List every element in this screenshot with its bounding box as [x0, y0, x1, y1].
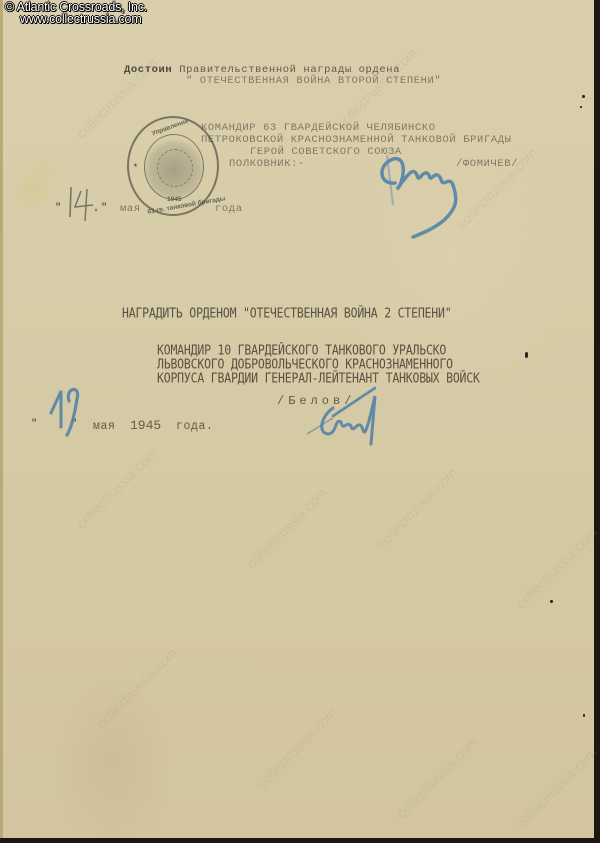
first-date-year-suffix: года	[215, 203, 243, 215]
watermark-text: collectrussia.com	[393, 734, 480, 821]
watermark-text: collectrussia.com	[513, 524, 600, 611]
document-page: collectrussia.com collectrussia.com coll…	[0, 0, 594, 838]
watermark-text: collectrussia.com	[373, 464, 460, 551]
award-decision-text: НАГРАДИТЬ ОРДЕНОМ "ОТЕЧЕСТВЕННАЯ ВОЙНА 2…	[122, 305, 451, 321]
ink-speck	[580, 106, 582, 108]
watermark-text: collectrussia.com	[513, 744, 600, 831]
first-date-open-quote: "	[55, 202, 62, 214]
ink-speck	[583, 714, 585, 717]
official-seal-stamp: Управление 63 гв. танковой бригады 1945 …	[127, 116, 219, 216]
copyright-line-2: www.collectrussia.com	[5, 13, 147, 25]
second-date-close-quote: "	[71, 418, 78, 430]
corps-commander-line-3: КОРПУСА ГВАРДИИ ГЕНЕРАЛ-ЛЕЙТЕНАНТ ТАНКОВ…	[157, 370, 480, 386]
second-date-year-suffix: года.	[176, 420, 214, 433]
brigade-commander-name: /ФОМИЧЕВ/	[456, 158, 518, 170]
watermark-text: collectrussia.com	[243, 484, 330, 571]
ink-speck	[525, 352, 528, 358]
ink-speck	[550, 600, 553, 603]
copyright-watermark: © Atlantic Crossroads, Inc. www.collectr…	[5, 1, 147, 25]
header-prefix: Достоин	[124, 64, 172, 76]
second-date-month: мая	[93, 420, 116, 433]
second-date-year: 1945	[130, 418, 161, 433]
brigade-commander-line-3: ГЕРОЙ СОВЕТСКОГО СОЮЗА	[250, 146, 402, 158]
brigade-commander-line-2: ПЕТРОКОВСКОЙ КРАСНОЗНАМЕННОЙ ТАНКОВОЙ БР…	[201, 134, 512, 146]
star-icon: ★	[133, 160, 138, 170]
brigade-commander-line-1: КОМАНДИР 63 ГВАРДЕЙСКОЙ ЧЕЛЯБИНСКО	[201, 122, 436, 134]
corps-commander-name: /Белов/	[277, 394, 355, 408]
first-date-month: мая	[120, 203, 141, 215]
first-date-close-quote: "	[101, 202, 108, 214]
handwritten-day-14	[63, 183, 103, 223]
coat-of-arms-icon	[157, 149, 193, 187]
watermark-text: collectrussia.com	[253, 704, 340, 791]
watermark-text: collectrussia.com	[93, 644, 180, 731]
second-date-open-quote: "	[31, 418, 38, 430]
watermark-text: collectrussia.com	[73, 444, 160, 531]
header-line-2: " ОТЕЧЕСТВЕННАЯ ВОЙНА ВТОРОЙ СТЕПЕНИ"	[186, 75, 441, 87]
ink-speck	[582, 95, 585, 98]
handwritten-day-19	[47, 383, 87, 441]
stamp-year: 1945	[167, 196, 181, 203]
brigade-commander-rank: ПОЛКОВНИК:-	[229, 158, 305, 170]
watermark-text: collectrussia.com	[333, 44, 420, 131]
stamp-inner-ring	[144, 134, 204, 200]
